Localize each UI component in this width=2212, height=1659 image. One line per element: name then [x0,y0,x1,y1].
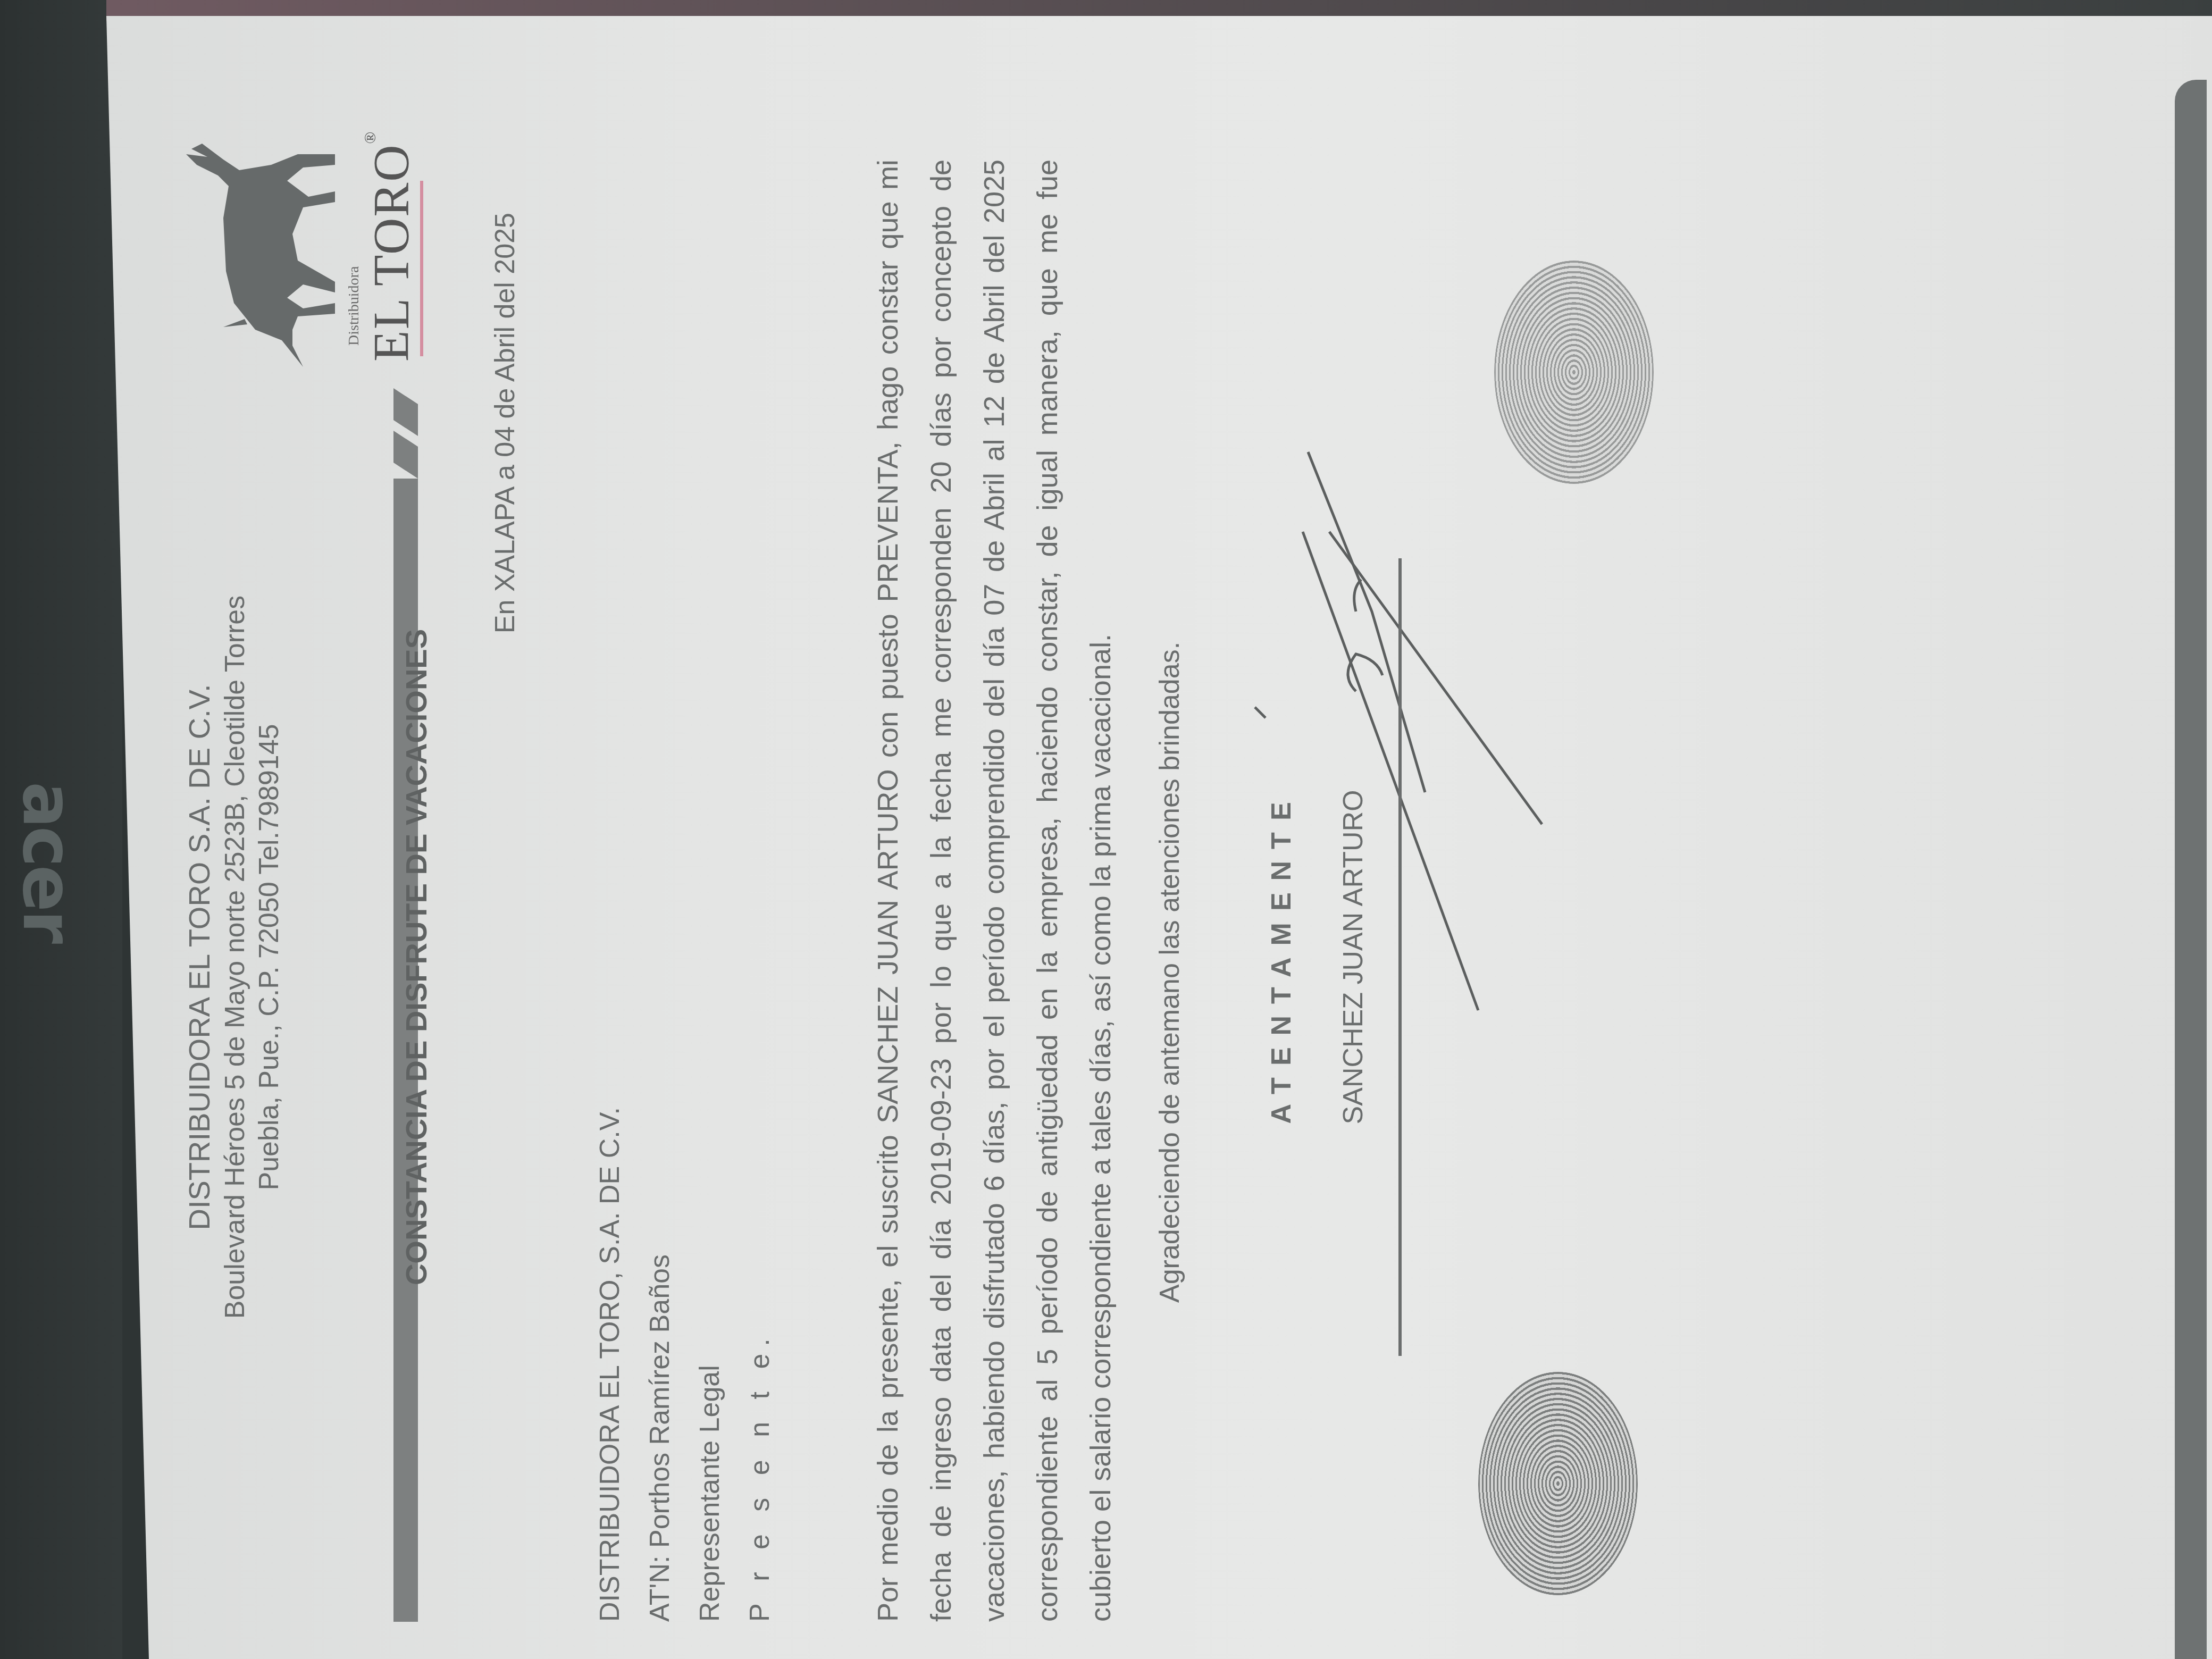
laptop-lid: acer [0,0,122,1659]
acer-logo: acer [16,782,80,941]
signature-line [1398,558,1402,1356]
document: DISTRIBUIDORA EL TORO S.A. DE C.V. Boule… [160,80,2127,1622]
fingerprint-left [1478,1372,1638,1595]
paper-edge-strip [2175,80,2207,1659]
fingerprint-right [1494,261,1654,484]
signer-name: SANCHEZ JUAN ARTURO [1337,292,1369,1622]
